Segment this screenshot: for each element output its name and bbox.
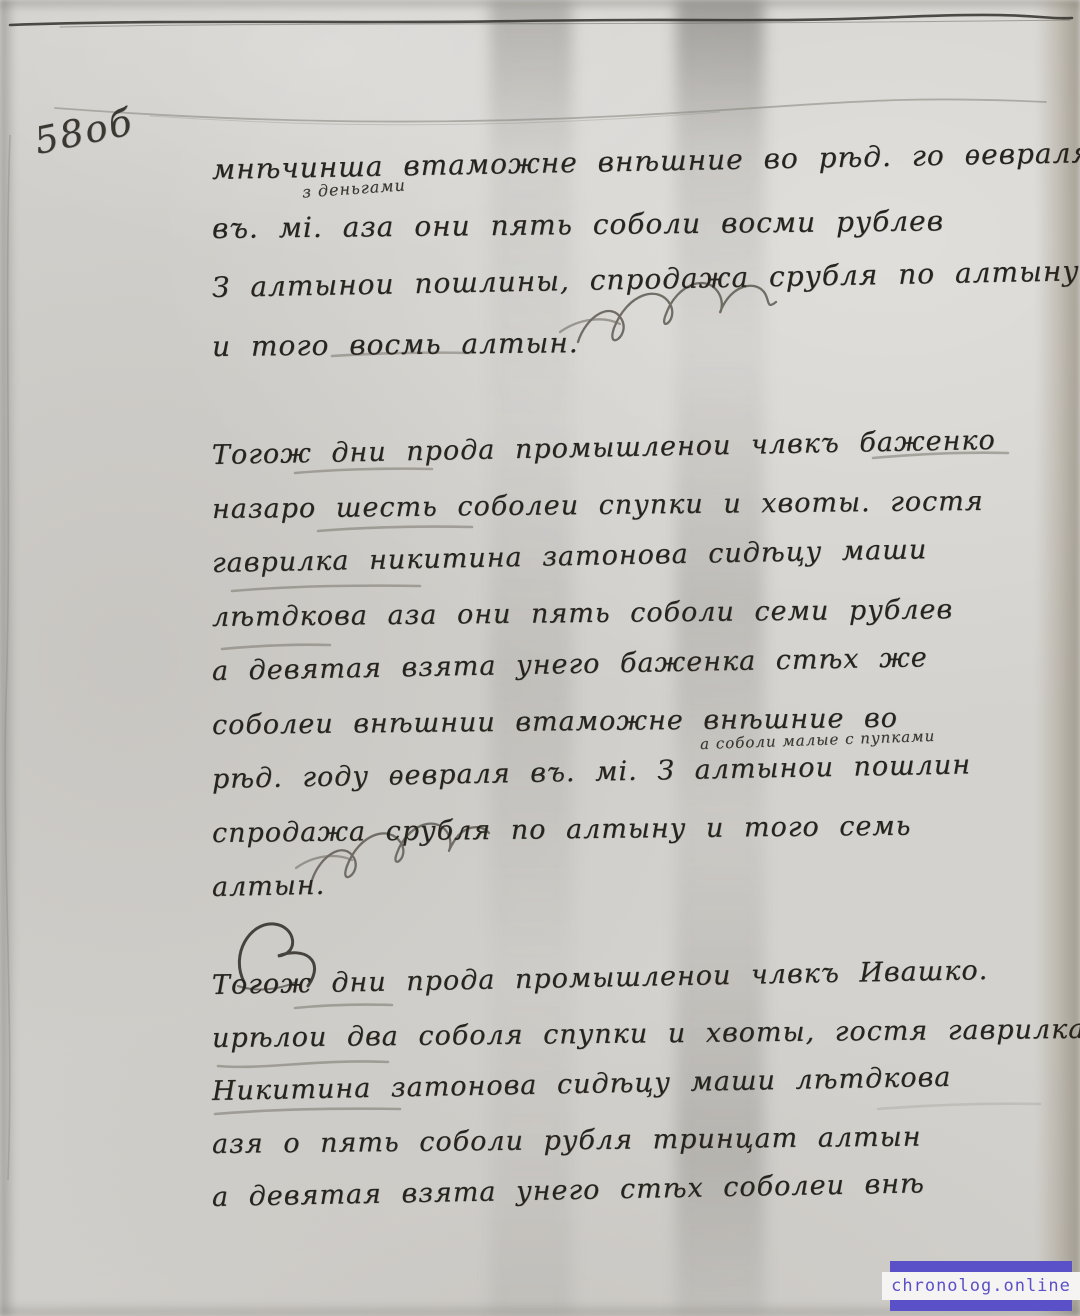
manuscript-line: Тогож дни прода промышленои члвкъ Ивашко… [211,943,1080,1013]
photo-edge-top [0,0,1080,12]
watermark-badge[interactable]: chronolog.online [890,1261,1072,1311]
crease-line [55,99,1046,124]
photo-edge-left [0,0,16,1316]
manuscript-line: и того восмь алтын. [212,310,1080,378]
manuscript-line: Тогож дни прода промышленои члвкъ баженк… [211,415,996,484]
manuscript-photo: 58об мнѣчинша втаможне внѣшние во рѣд. г… [0,0,1080,1316]
paragraph-2: Тогож дни прода промышленои члвкъ баженк… [212,430,996,916]
folio-number: 58об [31,100,138,163]
top-border-line [10,15,1072,27]
paragraph-1: мнѣчинша втаможне внѣшние во рѣд. го ѳев… [212,142,1080,378]
watermark-text: chronolog.online [882,1272,1080,1300]
paragraph-3: Тогож дни прода промышленои члвкъ Ивашко… [212,960,1080,1225]
